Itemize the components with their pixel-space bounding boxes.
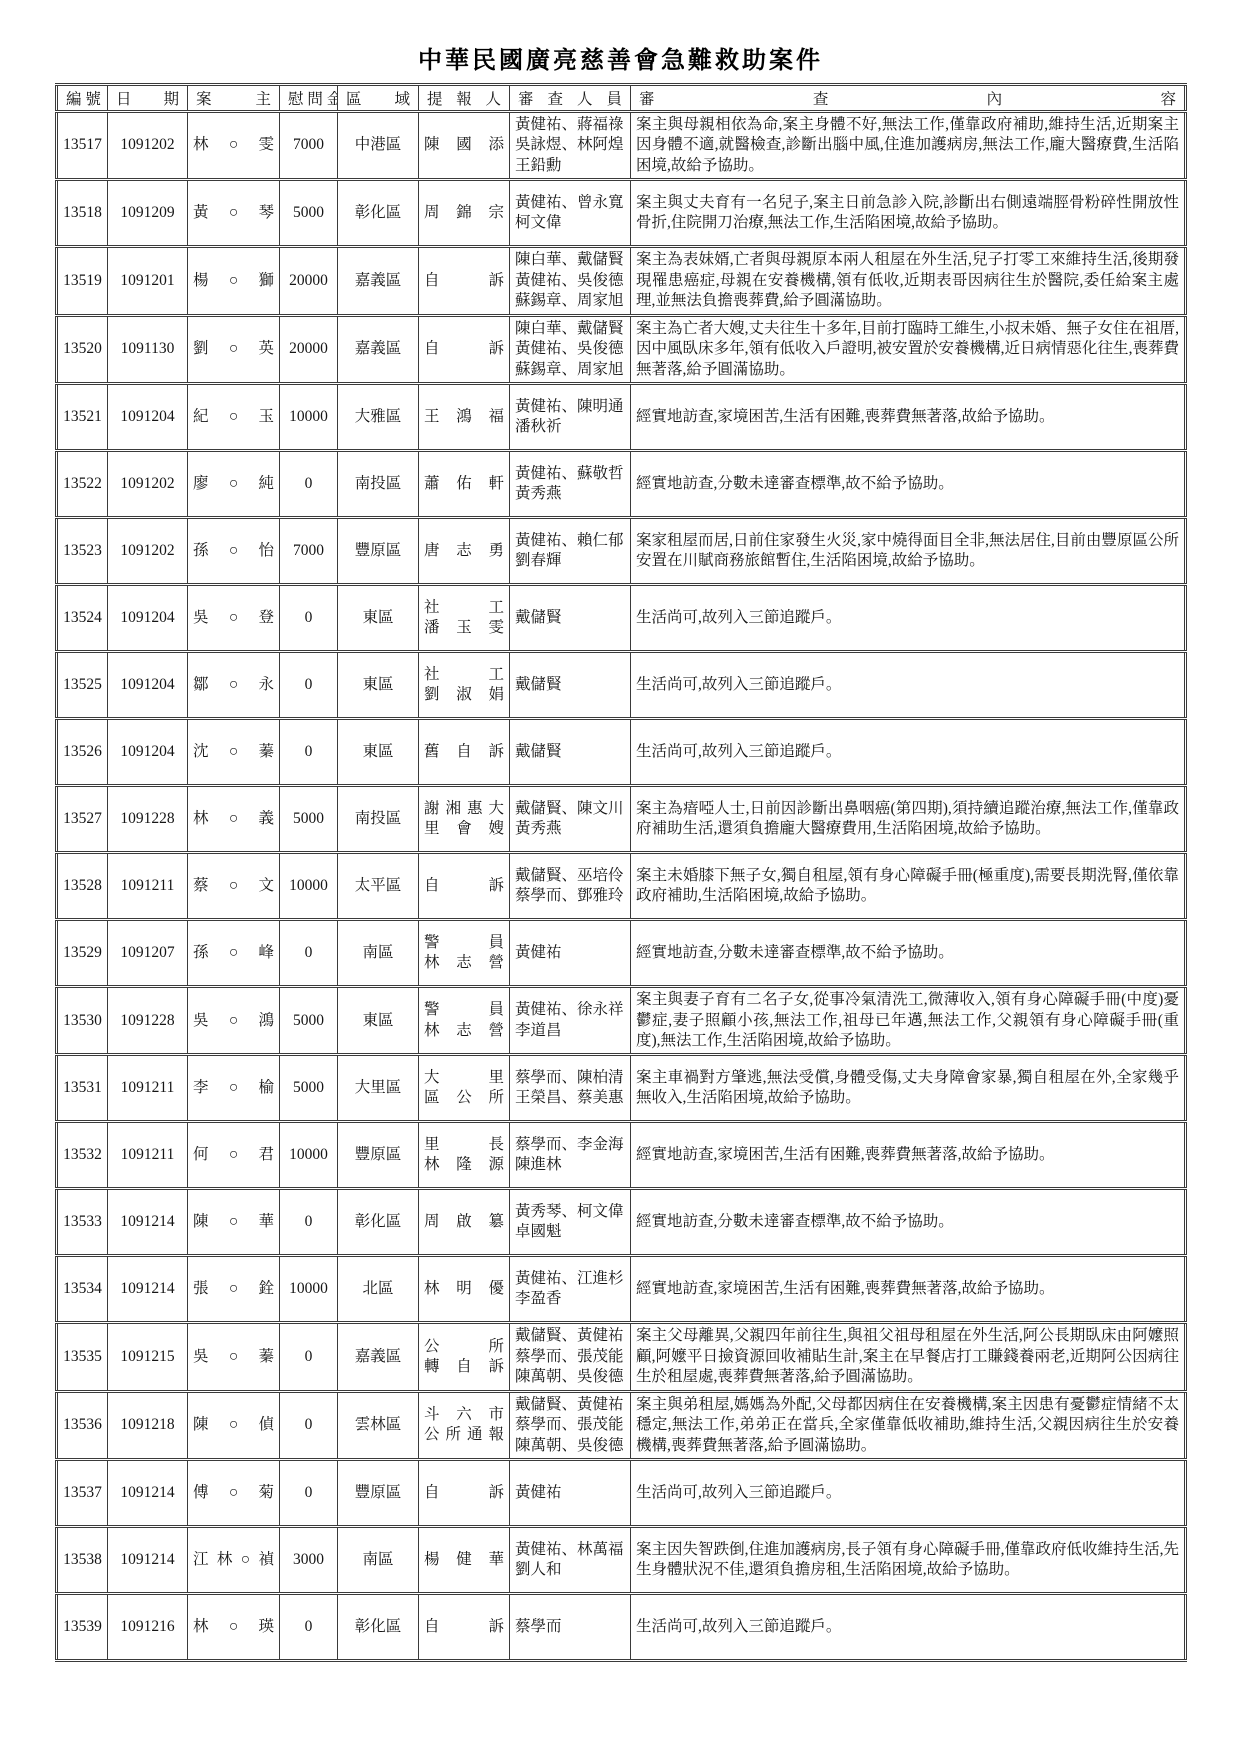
col-header-region: 區 域	[338, 85, 419, 112]
cell-review-content: 經實地訪查,分數未達審查標準,故不給予協助。	[631, 920, 1186, 987]
cell-amount: 20000	[280, 247, 338, 315]
cell-reviewers: 戴儲賢、黃健祐 蔡學而、張茂能 陳萬朝、吳俊德	[510, 1391, 631, 1459]
cell-case-name: 林 ○ 義	[188, 786, 280, 853]
cell-review-content: 案主與弟租屋,媽媽為外配,父母都因病住在安養機構,案主因患有憂鬱症情緒不太穩定,…	[631, 1391, 1186, 1459]
cell-case-id: 13518	[57, 180, 108, 247]
case-row: 13529 1091207 孫 ○ 峰 0 南區 警 員 林 志 營 黃健祐 經…	[57, 920, 1186, 987]
cell-case-name: 林 ○ 雯	[188, 112, 280, 180]
cell-case-id: 13531	[57, 1055, 108, 1122]
cell-reporter: 自 訴	[419, 853, 510, 920]
cell-amount: 10000	[280, 1122, 338, 1189]
cell-reviewers: 黃健祐、陳明通 潘秋祈	[510, 384, 631, 451]
cell-date: 1091216	[108, 1594, 188, 1661]
cell-reporter: 舊 自 訴	[419, 719, 510, 786]
cell-reporter: 自 訴	[419, 1460, 510, 1527]
case-row: 13524 1091204 吳 ○ 登 0 東區 社 工 潘 玉 雯 戴儲賢 生…	[57, 585, 1186, 652]
cell-case-id: 13532	[57, 1122, 108, 1189]
cell-case-id: 13528	[57, 853, 108, 920]
cell-reporter: 社 工 潘 玉 雯	[419, 585, 510, 652]
cell-reporter: 楊 健 華	[419, 1527, 510, 1594]
case-row: 13533 1091214 陳 ○ 華 0 彰化區 周 啟 簒 黃秀琴、柯文偉 …	[57, 1189, 1186, 1256]
cell-date: 1091207	[108, 920, 188, 987]
case-row: 13535 1091215 吳 ○ 蓁 0 嘉義區 公 所 轉 自 訴 戴儲賢、…	[57, 1323, 1186, 1391]
cell-case-name: 江 林 ○ 禎	[188, 1527, 280, 1594]
cell-case-id: 13535	[57, 1323, 108, 1391]
cell-case-id: 13539	[57, 1594, 108, 1661]
cell-amount: 0	[280, 451, 338, 518]
cell-reviewers: 黃健祐、曾永寬 柯文偉	[510, 180, 631, 247]
cell-case-name: 楊 ○ 獅	[188, 247, 280, 315]
cell-review-content: 案主車禍對方肇逃,無法受償,身體受傷,丈夫身障會家暴,獨自租屋在外,全家幾乎無收…	[631, 1055, 1186, 1122]
cell-case-id: 13538	[57, 1527, 108, 1594]
cell-review-content: 案主未婚膝下無子女,獨自租屋,領有身心障礙手冊(極重度),需要長期洗腎,僅依靠政…	[631, 853, 1186, 920]
cell-reporter: 社 工 劉 淑 娟	[419, 652, 510, 719]
cell-case-name: 何 ○ 君	[188, 1122, 280, 1189]
cell-reporter: 自 訴	[419, 247, 510, 315]
document-page: 中華民國廣亮慈善會急難救助案件 編 號 日 期 案 主 慰 問 金 區 域 提 …	[0, 0, 1241, 1755]
cell-case-name: 沈 ○ 蓁	[188, 719, 280, 786]
cell-amount: 0	[280, 920, 338, 987]
cell-amount: 5000	[280, 987, 338, 1055]
cell-review-content: 生活尚可,故列入三節追蹤戶。	[631, 585, 1186, 652]
cell-review-content: 生活尚可,故列入三節追蹤戶。	[631, 719, 1186, 786]
col-header-date: 日 期	[108, 85, 188, 112]
case-row: 13530 1091228 吳 ○ 鴻 5000 東區 警 員 林 志 營 黃健…	[57, 987, 1186, 1055]
cell-date: 1091214	[108, 1460, 188, 1527]
cell-reviewers: 蔡學而、李金海 陳進林	[510, 1122, 631, 1189]
cell-case-id: 13517	[57, 112, 108, 180]
case-row: 13538 1091214 江 林 ○ 禎 3000 南區 楊 健 華 黃健祐、…	[57, 1527, 1186, 1594]
cell-amount: 3000	[280, 1527, 338, 1594]
cell-case-name: 蔡 ○ 文	[188, 853, 280, 920]
cell-reporter: 大 里 區 公 所	[419, 1055, 510, 1122]
cell-region: 南投區	[338, 786, 419, 853]
cell-reviewers: 戴儲賢、黃健祐 蔡學而、張茂能 陳萬朝、吳俊德	[510, 1323, 631, 1391]
cell-date: 1091204	[108, 585, 188, 652]
case-row: 13537 1091214 傅 ○ 菊 0 豐原區 自 訴 黃健祐 生活尚可,故…	[57, 1460, 1186, 1527]
cell-case-name: 吳 ○ 蓁	[188, 1323, 280, 1391]
cell-region: 豐原區	[338, 518, 419, 585]
cell-reporter: 自 訴	[419, 315, 510, 383]
cell-amount: 7000	[280, 112, 338, 180]
cell-case-name: 孫 ○ 峰	[188, 920, 280, 987]
cell-reporter: 里 長 林 隆 源	[419, 1122, 510, 1189]
header-row: 編 號 日 期 案 主 慰 問 金 區 域 提 報 人 審 查 人 員 審 查 …	[57, 85, 1186, 112]
cell-review-content: 案主為亡者大嫂,丈夫往生十多年,目前打臨時工維生,小叔未婚、無子女住在祖厝,因中…	[631, 315, 1186, 383]
cell-region: 中港區	[338, 112, 419, 180]
cell-reporter: 陳 國 添	[419, 112, 510, 180]
case-row: 13517 1091202 林 ○ 雯 7000 中港區 陳 國 添 黃健祐、蔣…	[57, 112, 1186, 180]
cell-reviewers: 黃健祐	[510, 920, 631, 987]
case-row: 13528 1091211 蔡 ○ 文 10000 太平區 自 訴 戴儲賢、巫培…	[57, 853, 1186, 920]
cell-reviewers: 戴儲賢	[510, 719, 631, 786]
cell-case-id: 13522	[57, 451, 108, 518]
cell-date: 1091204	[108, 719, 188, 786]
cell-region: 南投區	[338, 451, 419, 518]
cell-amount: 10000	[280, 853, 338, 920]
case-row: 13521 1091204 紀 ○ 玉 10000 大雅區 王 鴻 福 黃健祐、…	[57, 384, 1186, 451]
cell-region: 東區	[338, 719, 419, 786]
cell-region: 豐原區	[338, 1122, 419, 1189]
cell-case-id: 13537	[57, 1460, 108, 1527]
cell-review-content: 經實地訪查,家境困苦,生活有困難,喪葬費無著落,故給予協助。	[631, 384, 1186, 451]
cell-review-content: 案主因失智跌倒,住進加護病房,長子領有身心障礙手冊,僅靠政府低收維持生活,先生身…	[631, 1527, 1186, 1594]
case-row: 13526 1091204 沈 ○ 蓁 0 東區 舊 自 訴 戴儲賢 生活尚可,…	[57, 719, 1186, 786]
cell-region: 彰化區	[338, 1594, 419, 1661]
cell-date: 1091214	[108, 1256, 188, 1323]
cell-amount: 0	[280, 1460, 338, 1527]
cell-case-name: 鄒 ○ 永	[188, 652, 280, 719]
cell-review-content: 生活尚可,故列入三節追蹤戶。	[631, 652, 1186, 719]
col-header-amount: 慰 問 金	[280, 85, 338, 112]
cell-amount: 10000	[280, 384, 338, 451]
cell-review-content: 案主與妻子育有二名子女,從事冷氣清洗工,微薄收入,領有身心障礙手冊(中度)憂鬱症…	[631, 987, 1186, 1055]
cell-amount: 0	[280, 1189, 338, 1256]
cell-region: 南區	[338, 1527, 419, 1594]
cell-region: 大雅區	[338, 384, 419, 451]
cell-reviewers: 黃健祐、蘇敬哲 黃秀燕	[510, 451, 631, 518]
cell-review-content: 經實地訪查,分數未達審查標準,故不給予協助。	[631, 1189, 1186, 1256]
cell-reviewers: 黃健祐、林萬福 劉人和	[510, 1527, 631, 1594]
cell-case-name: 吳 ○ 登	[188, 585, 280, 652]
case-row: 13536 1091218 陳 ○ 偵 0 雲林區 斗 六 市 公 所 通 報 …	[57, 1391, 1186, 1459]
cell-date: 1091228	[108, 987, 188, 1055]
case-row: 13531 1091211 李 ○ 榆 5000 大里區 大 里 區 公 所 蔡…	[57, 1055, 1186, 1122]
cell-reviewers: 黃秀琴、柯文偉 卓國魁	[510, 1189, 631, 1256]
cell-case-name: 陳 ○ 偵	[188, 1391, 280, 1459]
case-row: 13522 1091202 廖 ○ 純 0 南投區 蕭 佑 軒 黃健祐、蘇敬哲 …	[57, 451, 1186, 518]
case-row: 13520 1091130 劉 ○ 英 20000 嘉義區 自 訴 陳白華、戴儲…	[57, 315, 1186, 383]
cell-reviewers: 戴儲賢	[510, 652, 631, 719]
case-row: 13523 1091202 孫 ○ 怡 7000 豐原區 唐 志 勇 黃健祐、賴…	[57, 518, 1186, 585]
doc-title: 中華民國廣亮慈善會急難救助案件	[0, 40, 1241, 75]
cell-reporter: 林 明 優	[419, 1256, 510, 1323]
cell-reviewers: 黃健祐、江進杉 李盈香	[510, 1256, 631, 1323]
col-header-reviewers: 審 查 人 員	[510, 85, 631, 112]
cell-case-id: 13530	[57, 987, 108, 1055]
cell-review-content: 案主與丈夫育有一名兒子,案主日前急診入院,診斷出右側遠端脛骨粉碎性開放性骨折,住…	[631, 180, 1186, 247]
cell-date: 1091211	[108, 1122, 188, 1189]
cell-case-id: 13533	[57, 1189, 108, 1256]
cell-region: 雲林區	[338, 1391, 419, 1459]
cell-review-content: 案主為瘖啞人士,日前因診斷出鼻咽癌(第四期),須持續追蹤治療,無法工作,僅靠政府…	[631, 786, 1186, 853]
cell-review-content: 案主父母離異,父親四年前往生,與祖父祖母租屋在外生活,阿公長期臥床由阿嬤照顧,阿…	[631, 1323, 1186, 1391]
case-table: 編 號 日 期 案 主 慰 問 金 區 域 提 報 人 審 查 人 員 審 查 …	[55, 83, 1187, 1662]
cell-reporter: 斗 六 市 公 所 通 報	[419, 1391, 510, 1459]
cell-case-name: 黃 ○ 琴	[188, 180, 280, 247]
cell-reviewers: 黃健祐、賴仁郁 劉春輝	[510, 518, 631, 585]
cell-reporter: 王 鴻 福	[419, 384, 510, 451]
cell-reporter: 自 訴	[419, 1594, 510, 1661]
case-row: 13532 1091211 何 ○ 君 10000 豐原區 里 長 林 隆 源 …	[57, 1122, 1186, 1189]
case-row: 13534 1091214 張 ○ 銓 10000 北區 林 明 優 黃健祐、江…	[57, 1256, 1186, 1323]
cell-review-content: 案主為表妹婿,亡者與母親原本兩人租屋在外生活,兒子打零工來維持生活,後期發現罹患…	[631, 247, 1186, 315]
cell-amount: 0	[280, 585, 338, 652]
cell-date: 1091214	[108, 1527, 188, 1594]
col-header-id: 編 號	[57, 85, 108, 112]
cell-case-id: 13521	[57, 384, 108, 451]
cell-region: 北區	[338, 1256, 419, 1323]
cell-review-content: 案主與母親相依為命,案主身體不好,無法工作,僅靠政府補助,維持生活,近期案主因身…	[631, 112, 1186, 180]
cell-review-content: 生活尚可,故列入三節追蹤戶。	[631, 1460, 1186, 1527]
case-row: 13527 1091228 林 ○ 義 5000 南投區 謝 湘 惠 大 里 會…	[57, 786, 1186, 853]
cell-date: 1091211	[108, 853, 188, 920]
cell-region: 嘉義區	[338, 247, 419, 315]
cell-region: 嘉義區	[338, 315, 419, 383]
case-row: 13519 1091201 楊 ○ 獅 20000 嘉義區 自 訴 陳白華、戴儲…	[57, 247, 1186, 315]
cell-date: 1091130	[108, 315, 188, 383]
cell-case-id: 13523	[57, 518, 108, 585]
cell-region: 彰化區	[338, 1189, 419, 1256]
case-table-header: 編 號 日 期 案 主 慰 問 金 區 域 提 報 人 審 查 人 員 審 查 …	[57, 85, 1186, 112]
cell-region: 彰化區	[338, 180, 419, 247]
cell-region: 東區	[338, 652, 419, 719]
cell-reporter: 警 員 林 志 營	[419, 920, 510, 987]
case-row: 13539 1091216 林 ○ 瑛 0 彰化區 自 訴 蔡學而 生活尚可,故…	[57, 1594, 1186, 1661]
cell-reviewers: 蔡學而、陳柏清 王榮昌、蔡美惠	[510, 1055, 631, 1122]
cell-review-content: 生活尚可,故列入三節追蹤戶。	[631, 1594, 1186, 1661]
cell-region: 太平區	[338, 853, 419, 920]
cell-case-id: 13534	[57, 1256, 108, 1323]
cell-reviewers: 戴儲賢	[510, 585, 631, 652]
cell-case-name: 劉 ○ 英	[188, 315, 280, 383]
cell-reviewers: 黃健祐	[510, 1460, 631, 1527]
cell-date: 1091201	[108, 247, 188, 315]
cell-case-id: 13519	[57, 247, 108, 315]
cell-amount: 0	[280, 1594, 338, 1661]
cell-region: 豐原區	[338, 1460, 419, 1527]
cell-case-name: 孫 ○ 怡	[188, 518, 280, 585]
cell-date: 1091202	[108, 451, 188, 518]
cell-amount: 5000	[280, 180, 338, 247]
cell-reporter: 唐 志 勇	[419, 518, 510, 585]
cell-case-name: 傅 ○ 菊	[188, 1460, 280, 1527]
cell-region: 東區	[338, 585, 419, 652]
cell-case-name: 紀 ○ 玉	[188, 384, 280, 451]
cell-reviewers: 戴儲賢、巫培伶 蔡學而、鄧雅玲	[510, 853, 631, 920]
case-row: 13518 1091209 黃 ○ 琴 5000 彰化區 周 錦 宗 黃健祐、曾…	[57, 180, 1186, 247]
cell-region: 大里區	[338, 1055, 419, 1122]
cell-reporter: 周 錦 宗	[419, 180, 510, 247]
cell-review-content: 經實地訪查,家境困苦,生活有困難,喪葬費無著落,故給予協助。	[631, 1122, 1186, 1189]
cell-reviewers: 戴儲賢、陳文川 黃秀燕	[510, 786, 631, 853]
col-header-name: 案 主	[188, 85, 280, 112]
cell-amount: 0	[280, 1323, 338, 1391]
case-table-body: 13517 1091202 林 ○ 雯 7000 中港區 陳 國 添 黃健祐、蔣…	[57, 112, 1186, 1661]
cell-date: 1091204	[108, 652, 188, 719]
cell-case-id: 13524	[57, 585, 108, 652]
col-header-content: 審 查 內 容	[631, 85, 1186, 112]
cell-reporter: 蕭 佑 軒	[419, 451, 510, 518]
cell-amount: 0	[280, 652, 338, 719]
cell-case-id: 13529	[57, 920, 108, 987]
cell-case-name: 吳 ○ 鴻	[188, 987, 280, 1055]
cell-reviewers: 陳白華、戴儲賢 黃健祐、吳俊德 蘇錫章、周家旭	[510, 315, 631, 383]
cell-case-name: 廖 ○ 純	[188, 451, 280, 518]
col-header-reporter: 提 報 人	[419, 85, 510, 112]
cell-reviewers: 蔡學而	[510, 1594, 631, 1661]
cell-review-content: 經實地訪查,家境困苦,生活有困難,喪葬費無著落,故給予協助。	[631, 1256, 1186, 1323]
cell-date: 1091214	[108, 1189, 188, 1256]
cell-amount: 7000	[280, 518, 338, 585]
cell-reporter: 公 所 轉 自 訴	[419, 1323, 510, 1391]
cell-case-name: 李 ○ 榆	[188, 1055, 280, 1122]
cell-case-id: 13536	[57, 1391, 108, 1459]
cell-date: 1091204	[108, 384, 188, 451]
cell-date: 1091211	[108, 1055, 188, 1122]
cell-amount: 20000	[280, 315, 338, 383]
cell-amount: 10000	[280, 1256, 338, 1323]
cell-reviewers: 黃健祐、徐永祥 李道昌	[510, 987, 631, 1055]
cell-case-id: 13526	[57, 719, 108, 786]
cell-amount: 0	[280, 719, 338, 786]
cell-reviewers: 黃健祐、蔣福祿 吳詠煜、林阿煌 王鉛勳	[510, 112, 631, 180]
cell-region: 東區	[338, 987, 419, 1055]
cell-case-name: 林 ○ 瑛	[188, 1594, 280, 1661]
cell-case-name: 陳 ○ 華	[188, 1189, 280, 1256]
cell-amount: 0	[280, 1391, 338, 1459]
cell-date: 1091218	[108, 1391, 188, 1459]
cell-case-name: 張 ○ 銓	[188, 1256, 280, 1323]
cell-reporter: 謝 湘 惠 大 里 會 嫂	[419, 786, 510, 853]
cell-region: 嘉義區	[338, 1323, 419, 1391]
cell-date: 1091215	[108, 1323, 188, 1391]
cell-date: 1091202	[108, 112, 188, 180]
cell-case-id: 13525	[57, 652, 108, 719]
cell-reporter: 警 員 林 志 營	[419, 987, 510, 1055]
cell-region: 南區	[338, 920, 419, 987]
cell-review-content: 經實地訪查,分數未達審查標準,故不給予協助。	[631, 451, 1186, 518]
cell-date: 1091209	[108, 180, 188, 247]
cell-case-id: 13527	[57, 786, 108, 853]
cell-amount: 5000	[280, 1055, 338, 1122]
cell-review-content: 案家租屋而居,日前住家發生火災,家中燒得面目全非,無法居住,目前由豐原區公所安置…	[631, 518, 1186, 585]
cell-reporter: 周 啟 簒	[419, 1189, 510, 1256]
cell-case-id: 13520	[57, 315, 108, 383]
case-row: 13525 1091204 鄒 ○ 永 0 東區 社 工 劉 淑 娟 戴儲賢 生…	[57, 652, 1186, 719]
cell-date: 1091228	[108, 786, 188, 853]
cell-reviewers: 陳白華、戴儲賢 黃健祐、吳俊德 蘇錫章、周家旭	[510, 247, 631, 315]
cell-date: 1091202	[108, 518, 188, 585]
cell-amount: 5000	[280, 786, 338, 853]
